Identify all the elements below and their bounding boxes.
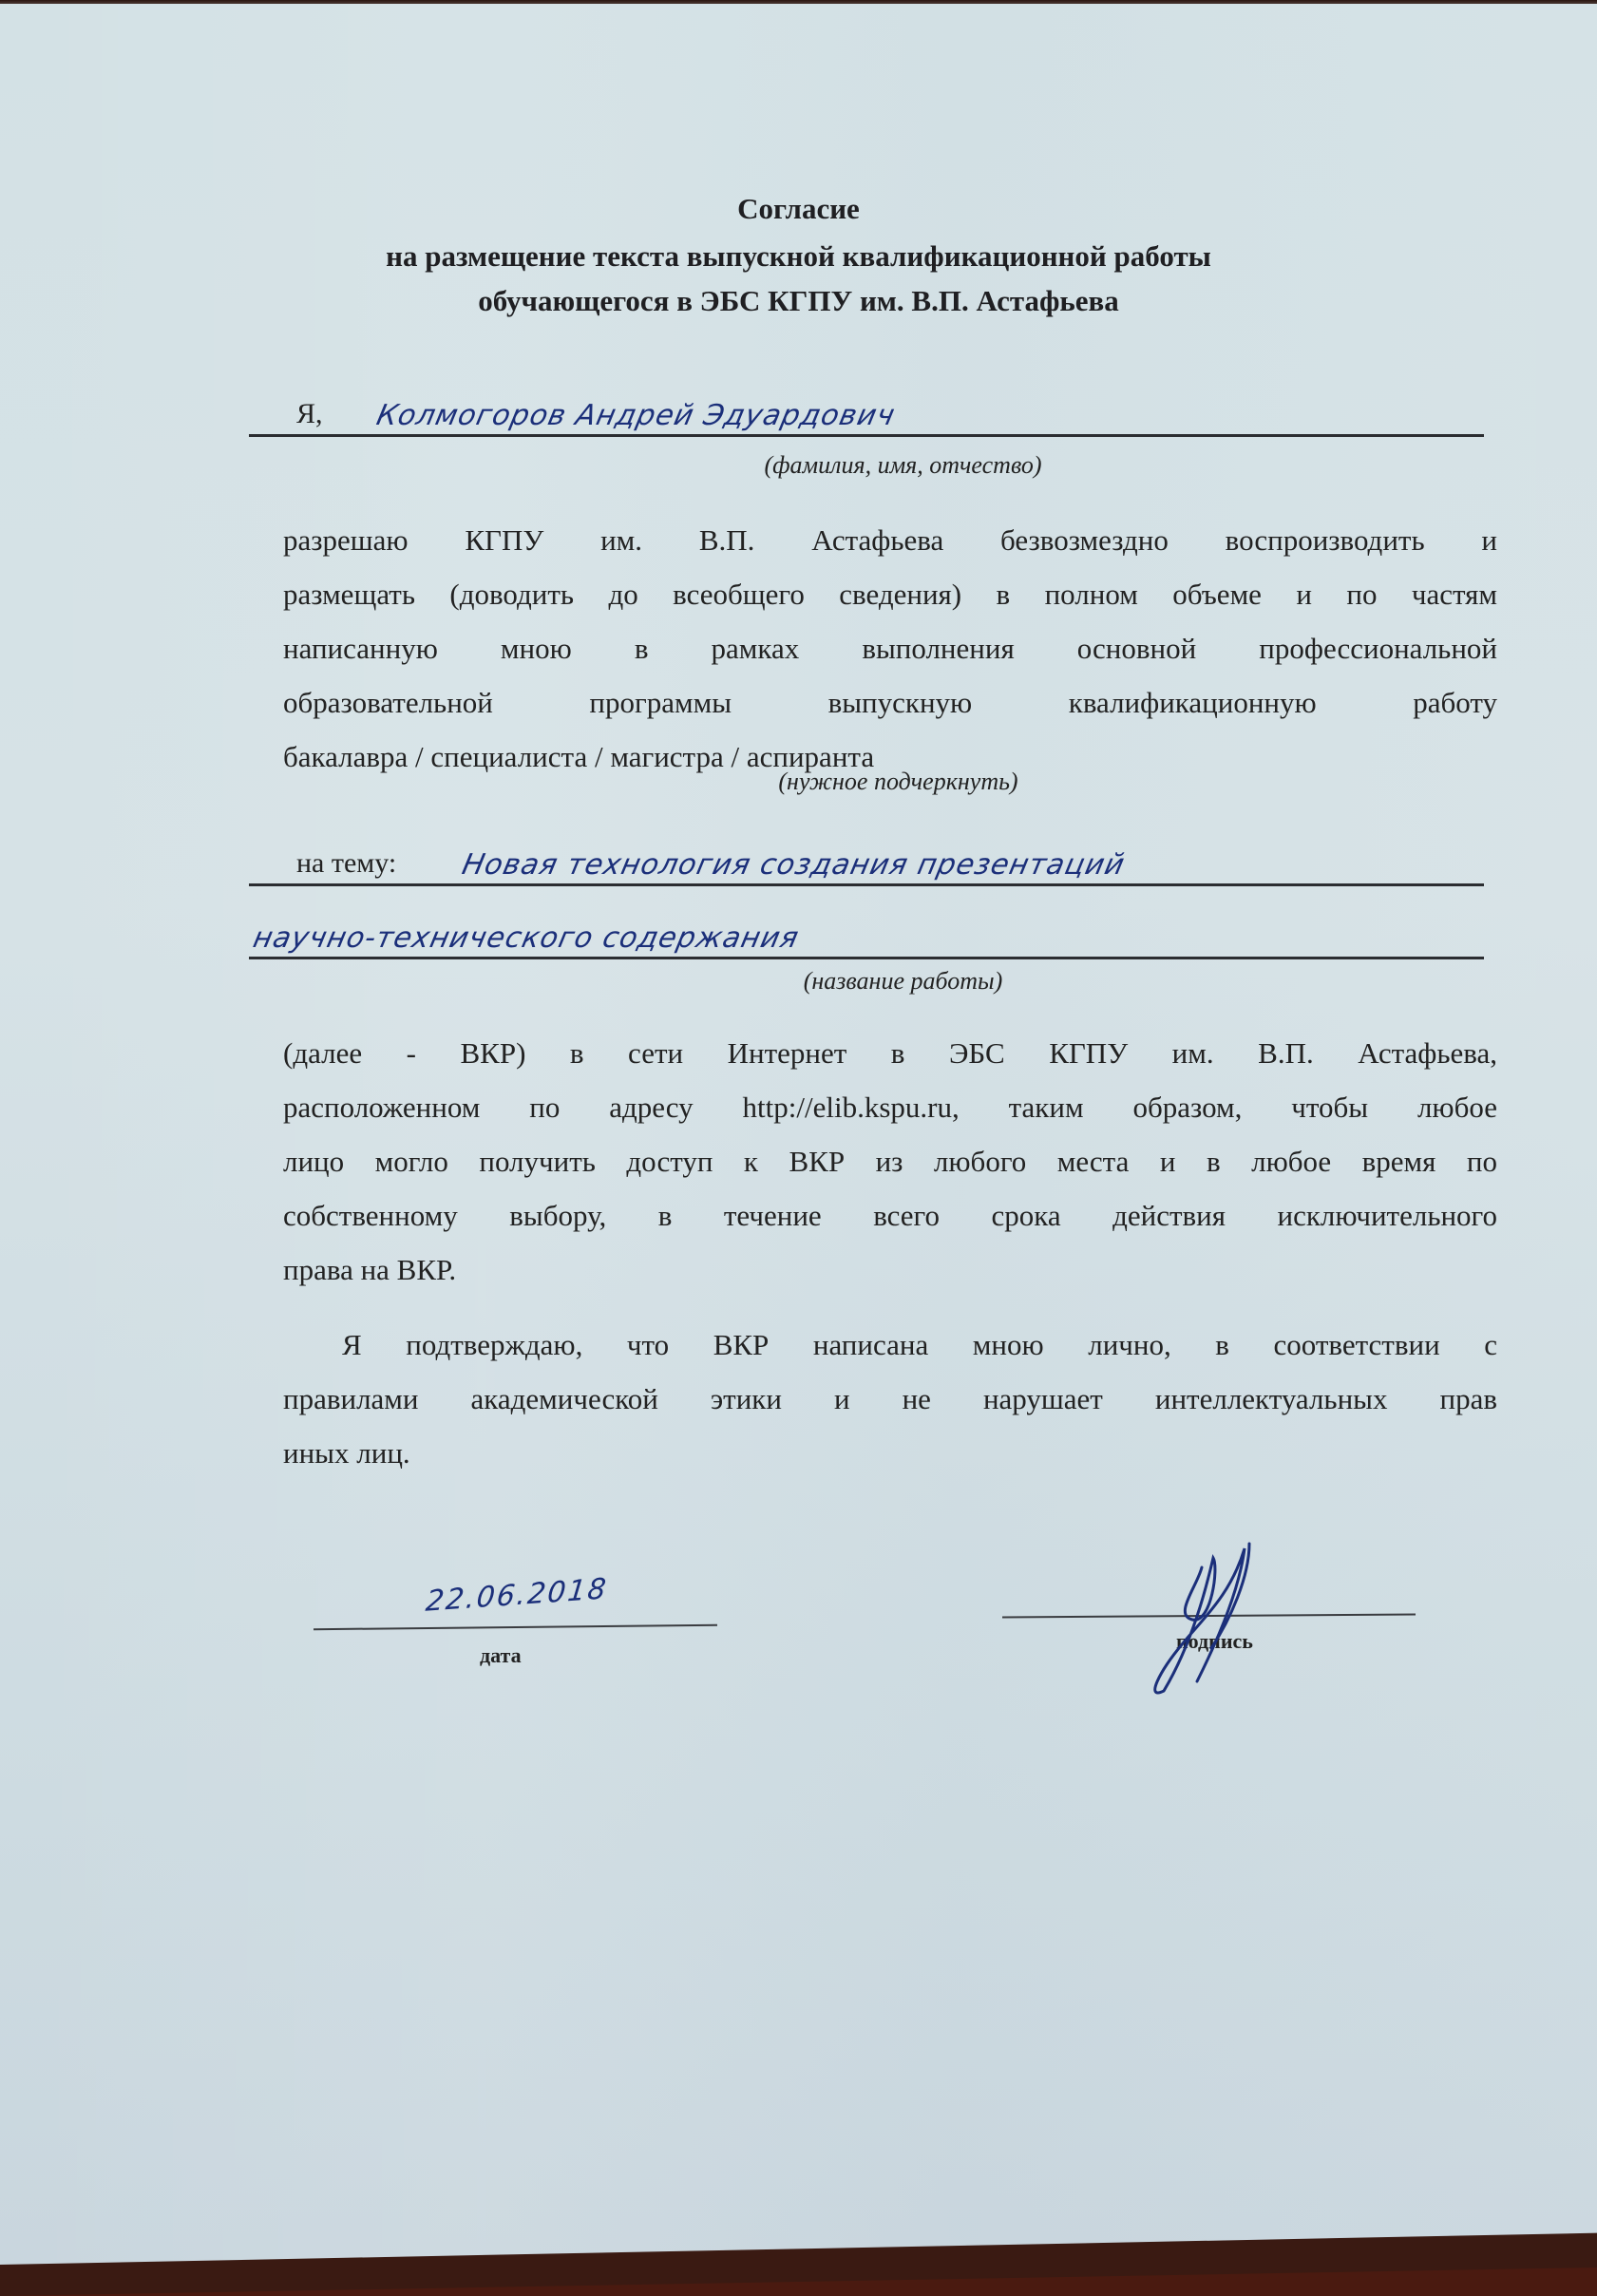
paragraph-line: расположенном по адресу http://elib.kspu…: [283, 1080, 1497, 1134]
paragraph-line: иных лиц.: [283, 1426, 1497, 1480]
topic-handwritten-line-2: научно-технического содержания: [250, 921, 802, 955]
document-subtitle-line-2: обучающегося в ЭБС КГПУ им. В.П. Астафье…: [0, 283, 1597, 319]
internet-paragraph: (далее - ВКР) в сети Интернет в ЭБС КГПУ…: [283, 1026, 1497, 1297]
name-field: Я, Колмогоров Андрей Эдуардович: [249, 385, 1484, 437]
paragraph-line: Я подтверждаю, что ВКР написана мною лич…: [283, 1318, 1497, 1372]
degree-caption: (нужное подчеркнуть): [0, 768, 1597, 796]
date-caption: дата: [480, 1643, 522, 1668]
paragraph-line: размещать (доводить до всеобщего сведени…: [283, 567, 1497, 621]
permission-paragraph: разрешаю КГПУ им. В.П. Астафьева безвозм…: [283, 513, 1497, 784]
paragraph-line: образовательной программы выпускную квал…: [283, 675, 1497, 730]
paragraph-line: правилами академической этики и не наруш…: [283, 1372, 1497, 1426]
signature-icon: [1107, 1529, 1287, 1700]
name-field-caption: (фамилия, имя, отчество): [0, 451, 1597, 480]
paragraph-line: собственному выбору, в течение всего сро…: [283, 1188, 1497, 1243]
paragraph-line: лицо могло получить доступ к ВКР из любо…: [283, 1134, 1497, 1188]
paragraph-line: (далее - ВКР) в сети Интернет в ЭБС КГПУ…: [283, 1026, 1497, 1080]
paragraph-line: права на ВКР.: [283, 1243, 1497, 1297]
topic-handwritten-line-1: Новая технология создания презентаций: [459, 848, 1128, 882]
name-field-label: Я,: [296, 398, 323, 430]
paragraph-line: разрешаю КГПУ им. В.П. Астафьева безвозм…: [283, 513, 1497, 567]
confirmation-paragraph: Я подтверждаю, что ВКР написана мною лич…: [283, 1318, 1497, 1480]
topic-field-label: на тему:: [296, 847, 396, 880]
document-title: Согласие: [0, 191, 1597, 227]
paragraph-line: написанную мною в рамках выполнения осно…: [283, 621, 1497, 675]
topic-field-line-2: научно-технического содержания: [249, 907, 1484, 959]
name-handwritten-value: Колмогоров Андрей Эдуардович: [373, 399, 898, 432]
topic-field-caption: (название работы): [0, 967, 1597, 996]
document-subtitle-line-1: на размещение текста выпускной квалифика…: [0, 238, 1597, 275]
topic-field-line-1: на тему: Новая технология создания презе…: [249, 834, 1484, 886]
